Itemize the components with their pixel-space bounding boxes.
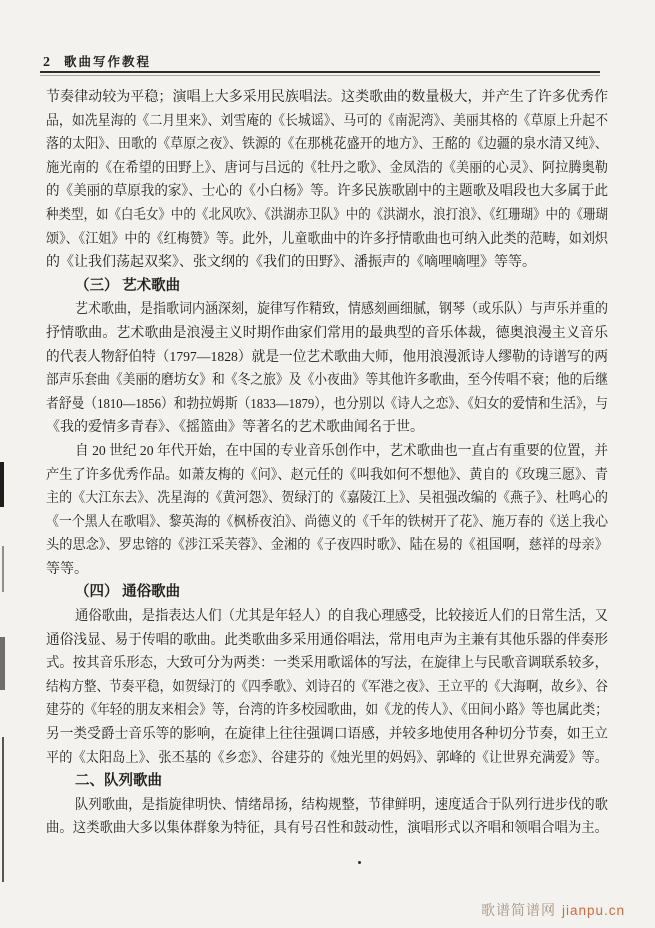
line-text: 施光南的《在希望的田野上》、唐诃与吕远的《牡丹之歌》、金凤浩的《美丽的心灵》、阿… bbox=[46, 157, 608, 181]
line-text: 节奏律动较为平稳；演唱上大多采用民族唱法。这类歌曲的数量极大，并产生了许多优秀作 bbox=[46, 86, 608, 110]
text-line: 艺术歌曲，是指歌词内涵深刻，旋律写作精致，情感刻画细腻，钢琴（或乐队）与声乐并重… bbox=[46, 298, 608, 322]
text-line: 通俗歌曲，是指表达人们（尤其是年轻人）的自我心理感受，比较接近人们的日常生活，又 bbox=[46, 605, 608, 629]
page-body: 节奏律动较为平稳；演唱上大多采用民族唱法。这类歌曲的数量极大，并产生了许多优秀作… bbox=[46, 86, 608, 841]
book-page: 2歌曲写作教程 节奏律动较为平稳；演唱上大多采用民族唱法。这类歌曲的数量极大，并… bbox=[0, 0, 655, 928]
line-text: 艺术歌曲，是指歌词内涵深刻，旋律写作精致，情感刻画细腻，钢琴（或乐队）与声乐并重… bbox=[75, 298, 608, 322]
line-text: 式。按其音乐形态，大致可分为两类：一类采用歌谣体的写法，在旋律上与民歌音调联系较… bbox=[46, 652, 608, 676]
text-line: 的代表人物舒伯特（1797—1828）就是一位艺术歌曲大师，他用浪漫派诗人缪勒的… bbox=[46, 346, 608, 370]
line-text: 主的《大江东去》、冼星海的《黄河怨》、贺绿汀的《嘉陵江上》、吴祖强改编的《燕子》… bbox=[46, 487, 608, 511]
line-text: 抒情歌曲。艺术歌曲是浪漫主义时期作曲家们常用的最典型的音乐体裁，德奥浪漫主义音乐 bbox=[46, 322, 608, 346]
line-text: 产生了许多优秀作品。如萧友梅的《问》、赵元任的《叫我如何不想他》、黄自的《玫瑰三… bbox=[46, 464, 608, 488]
line-text: 等等。 bbox=[46, 558, 88, 582]
text-line: 节奏律动较为平稳；演唱上大多采用民族唱法。这类歌曲的数量极大，并产生了许多优秀作 bbox=[46, 86, 608, 110]
line-text: 队列歌曲，是指旋律明快、情绪昂扬，结构规整，节律鲜明，速度适合于队列行进步伐的歌 bbox=[75, 794, 608, 818]
text-line: 式。按其音乐形态，大致可分为两类：一类采用歌谣体的写法，在旋律上与民歌音调联系较… bbox=[46, 652, 608, 676]
text-line: 抒情歌曲。艺术歌曲是浪漫主义时期作曲家们常用的最典型的音乐体裁，德奥浪漫主义音乐 bbox=[46, 322, 608, 346]
line-text: 结构方整、节奏平稳，如贺绿汀的《四季歌》、刘诗召的《军港之夜》、王立平的《大海啊… bbox=[46, 676, 608, 700]
page-header: 2歌曲写作教程 bbox=[43, 52, 151, 70]
line-text: 颂》、《江姐》中的《红梅赞》等。此外，儿童歌曲中的许多抒情歌曲也可纳入此类的范畴… bbox=[46, 228, 608, 252]
scan-artifact-binding-mark-3 bbox=[0, 637, 5, 690]
line-text: 通俗歌曲，是指表达人们（尤其是年轻人）的自我心理感受，比较接近人们的日常生活，又 bbox=[75, 605, 608, 629]
text-line: 种类型，如《白毛女》中的《北风吹》、《洪湖赤卫队》中的《洪湖水，浪打浪》、《红珊… bbox=[46, 204, 608, 228]
book-title: 歌曲写作教程 bbox=[64, 55, 151, 69]
text-line: 另一类受爵士音乐等的影响，在旋律上往往强调口语感，并较多地使用各种切分节奏，如王… bbox=[46, 723, 608, 747]
text-line: 队列歌曲，是指旋律明快、情绪昂扬，结构规整，节律鲜明，速度适合于队列行进步伐的歌 bbox=[46, 794, 608, 818]
text-line: 建芬的《年轻的朋友来相会》等，台湾的许多校园歌曲，如《龙的传人》、《田间小路》等… bbox=[46, 699, 608, 723]
text-line: 头的思念》、罗忠镕的《涉江采芙蓉》、金湘的《子夜四时歌》、陆在易的《祖国啊，慈祥… bbox=[46, 534, 608, 558]
line-text: 自 20 世纪 20 年代开始，在中国的专业音乐创作中，艺术歌曲也一直占有重要的… bbox=[75, 440, 608, 464]
text-line: 落的太阳》、田歌的《草原之夜》、铁源的《在那桃花盛开的地方》、王酩的《边疆的泉水… bbox=[46, 133, 608, 157]
text-line: 的《让我们荡起双桨》、张文纲的《我们的田野》、潘振声的《嘀哩嘀哩》等等。 bbox=[46, 251, 608, 275]
line-text: 落的太阳》、田歌的《草原之夜》、铁源的《在那桃花盛开的地方》、王酩的《边疆的泉水… bbox=[46, 133, 608, 157]
text-line: 颂》、《江姐》中的《红梅赞》等。此外，儿童歌曲中的许多抒情歌曲也可纳入此类的范畴… bbox=[46, 228, 608, 252]
text-line: 《我的爱情多青春》、《摇篮曲》等著名的艺术歌曲闻名于世。 bbox=[46, 416, 608, 440]
scan-artifact-binding-mark-4 bbox=[2, 737, 4, 882]
line-text: 部声乐套曲《美丽的磨坊女》和《冬之旅》及《小夜曲》等其他许多歌曲，至今传唱不衰；… bbox=[46, 369, 608, 393]
text-line: 通俗浅显、易于传唱的歌曲。此类歌曲多采用通俗唱法，常用电声为主兼有其他乐器的伴奏… bbox=[46, 629, 608, 653]
line-text: （三） 艺术歌曲 bbox=[75, 275, 180, 299]
line-text: 二、队列歌曲 bbox=[75, 770, 162, 794]
text-line: 品，如冼星海的《二月里来》、刘雪庵的《长城谣》、马可的《南泥湾》、美丽其格的《草… bbox=[46, 110, 608, 134]
line-text: 的《美丽的草原我的家》、士心的《小白杨》等。许多民族歌剧中的主题歌及唱段也大多属… bbox=[46, 180, 608, 204]
watermark-site-name: 歌谱简谱网 bbox=[481, 904, 556, 919]
section-heading: （四） 通俗歌曲 bbox=[46, 581, 608, 605]
page-number: 2 bbox=[43, 55, 50, 70]
text-line: 平的《太阳岛上》、张丕基的《乡恋》、谷建芬的《烛光里的妈妈》、郭峰的《让世界充满… bbox=[46, 747, 608, 771]
line-text: （四） 通俗歌曲 bbox=[75, 581, 180, 605]
watermark-site-url: jianpu.cn bbox=[562, 903, 625, 918]
line-text: 另一类受爵士音乐等的影响，在旋律上往往强调口语感，并较多地使用各种切分节奏，如王… bbox=[46, 723, 608, 747]
scan-artifact-binding-mark-2 bbox=[2, 546, 4, 592]
scan-artifact-binding-mark-1 bbox=[0, 462, 4, 507]
line-text: 建芬的《年轻的朋友来相会》等，台湾的许多校园歌曲，如《龙的传人》、《田间小路》等… bbox=[46, 699, 608, 723]
text-line: 结构方整、节奏平稳，如贺绿汀的《四季歌》、刘诗召的《军港之夜》、王立平的《大海啊… bbox=[46, 676, 608, 700]
line-text: 种类型，如《白毛女》中的《北风吹》、《洪湖赤卫队》中的《洪湖水，浪打浪》、《红珊… bbox=[46, 204, 608, 228]
text-line: 主的《大江东去》、冼星海的《黄河怨》、贺绿汀的《嘉陵江上》、吴祖强改编的《燕子》… bbox=[46, 487, 608, 511]
text-line: 自 20 世纪 20 年代开始，在中国的专业音乐创作中，艺术歌曲也一直占有重要的… bbox=[46, 440, 608, 464]
line-text: 品，如冼星海的《二月里来》、刘雪庵的《长城谣》、马可的《南泥湾》、美丽其格的《草… bbox=[46, 110, 608, 134]
line-text: 者舒曼（1810—1856）和勃拉姆斯（1833—1879），也分别以《诗人之恋… bbox=[46, 393, 608, 417]
line-text: 曲。这类歌曲大多以集体群象为特征，具有号召性和鼓动性，演唱形式以齐唱和领唱合唱为… bbox=[46, 817, 608, 841]
text-line: 曲。这类歌曲大多以集体群象为特征，具有号召性和鼓动性，演唱形式以齐唱和领唱合唱为… bbox=[46, 817, 608, 841]
line-text: 的《让我们荡起双桨》、张文纲的《我们的田野》、潘振声的《嘀哩嘀哩》等等。 bbox=[46, 251, 536, 275]
header-rule bbox=[40, 71, 600, 76]
watermark: 歌谱简谱网jianpu.cn bbox=[481, 900, 625, 920]
line-text: 《一个黑人在歌唱》、黎英海的《枫桥夜泊》、尚德义的《千年的铁树开了花》、施万春的… bbox=[46, 511, 608, 535]
line-text: 平的《太阳岛上》、张丕基的《乡恋》、谷建芬的《烛光里的妈妈》、郭峰的《让世界充满… bbox=[46, 747, 608, 771]
text-line: 施光南的《在希望的田野上》、唐诃与吕远的《牡丹之歌》、金凤浩的《美丽的心灵》、阿… bbox=[46, 157, 608, 181]
line-text: 头的思念》、罗忠镕的《涉江采芙蓉》、金湘的《子夜四时歌》、陆在易的《祖国啊，慈祥… bbox=[46, 534, 608, 558]
line-text: 通俗浅显、易于传唱的歌曲。此类歌曲多采用通俗唱法，常用电声为主兼有其他乐器的伴奏… bbox=[46, 629, 608, 653]
text-line: 等等。 bbox=[46, 558, 608, 582]
line-text: 《我的爱情多青春》、《摇篮曲》等著名的艺术歌曲闻名于世。 bbox=[46, 416, 424, 440]
text-line: 产生了许多优秀作品。如萧友梅的《问》、赵元任的《叫我如何不想他》、黄自的《玫瑰三… bbox=[46, 464, 608, 488]
section-heading: （三） 艺术歌曲 bbox=[46, 275, 608, 299]
line-text: 的代表人物舒伯特（1797—1828）就是一位艺术歌曲大师，他用浪漫派诗人缪勒的… bbox=[46, 346, 608, 370]
text-line: 部声乐套曲《美丽的磨坊女》和《冬之旅》及《小夜曲》等其他许多歌曲，至今传唱不衰；… bbox=[46, 369, 608, 393]
text-line: 的《美丽的草原我的家》、士心的《小白杨》等。许多民族歌剧中的主题歌及唱段也大多属… bbox=[46, 180, 608, 204]
text-line: 者舒曼（1810—1856）和勃拉姆斯（1833—1879），也分别以《诗人之恋… bbox=[46, 393, 608, 417]
text-line: 《一个黑人在歌唱》、黎英海的《枫桥夜泊》、尚德义的《千年的铁树开了花》、施万春的… bbox=[46, 511, 608, 535]
ink-dot bbox=[358, 861, 361, 864]
section-heading: 二、队列歌曲 bbox=[46, 770, 608, 794]
